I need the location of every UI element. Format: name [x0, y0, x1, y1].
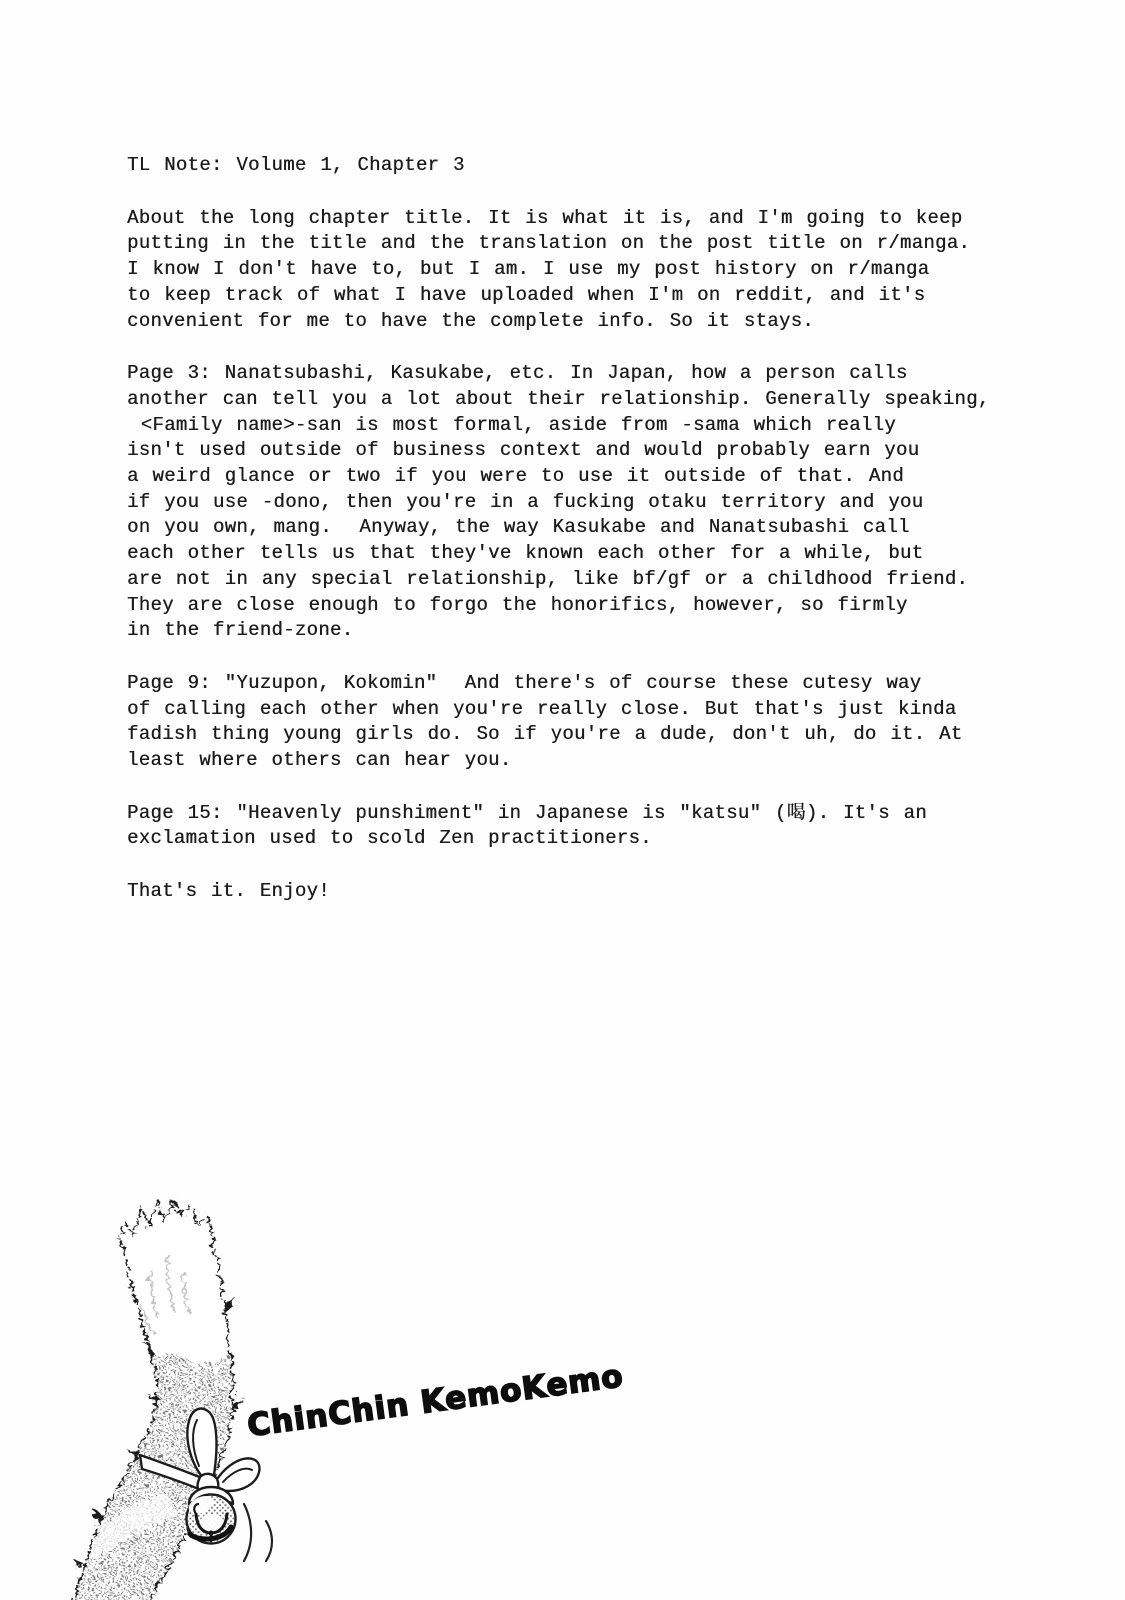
- note-line: Page 3: Nanatsubashi, Kasukabe, etc. In …: [127, 361, 1007, 387]
- note-line: putting in the title and the translation…: [127, 231, 1007, 257]
- tl-note-text: TL Note: Volume 1, Chapter 3 About the l…: [127, 153, 1007, 932]
- bow-right-loop: [213, 1458, 259, 1491]
- note-line: a weird glance or two if you were to use…: [127, 464, 1007, 490]
- note-line: on you own, mang. Anyway, the way Kasuka…: [127, 515, 1007, 541]
- note-line: isn't used outside of business context a…: [127, 438, 1007, 464]
- note-line: in the friend-zone.: [127, 618, 1007, 644]
- note-line: of calling each other when you're really…: [127, 697, 1007, 723]
- note-paragraph-page-3: Page 3: Nanatsubashi, Kasukabe, etc. In …: [127, 361, 1007, 644]
- note-closing: That's it. Enjoy!: [127, 879, 1007, 905]
- note-line: Page 9: "Yuzupon, Kokomin" And there's o…: [127, 671, 1007, 697]
- tl-note-page: TL Note: Volume 1, Chapter 3 About the l…: [0, 0, 1125, 1600]
- bell: [186, 1487, 236, 1544]
- note-line: That's it. Enjoy!: [127, 879, 1007, 905]
- note-line: least where others can hear you.: [127, 748, 1007, 774]
- note-paragraph-page-9: Page 9: "Yuzupon, Kokomin" And there's o…: [127, 671, 1007, 774]
- note-line: each other tells us that they've known e…: [127, 541, 1007, 567]
- motion-lines: [244, 1504, 272, 1561]
- note-paragraph-page-15: Page 15: "Heavenly punshiment" in Japane…: [127, 801, 1007, 852]
- note-line: another can tell you a lot about their r…: [127, 387, 1007, 413]
- note-line: are not in any special relationship, lik…: [127, 567, 1007, 593]
- note-line: About the long chapter title. It is what…: [127, 206, 1007, 232]
- note-line: convenient for me to have the complete i…: [127, 309, 1007, 335]
- note-line: Page 15: "Heavenly punshiment" in Japane…: [127, 801, 1007, 827]
- note-line: I know I don't have to, but I am. I use …: [127, 257, 1007, 283]
- note-paragraph-about-chapter-title: About the long chapter title. It is what…: [127, 206, 1007, 335]
- note-line: They are close enough to forgo the honor…: [127, 593, 1007, 619]
- note-line: fadish thing young girls do. So if you'r…: [127, 722, 1007, 748]
- note-line: <Family name>-san is most formal, aside …: [127, 413, 1007, 439]
- note-line: if you use -dono, then you're in a fucki…: [127, 490, 1007, 516]
- note-title: TL Note: Volume 1, Chapter 3: [127, 153, 1007, 179]
- note-line: exclamation used to scold Zen practition…: [127, 826, 1007, 852]
- note-line: to keep track of what I have uploaded wh…: [127, 283, 1007, 309]
